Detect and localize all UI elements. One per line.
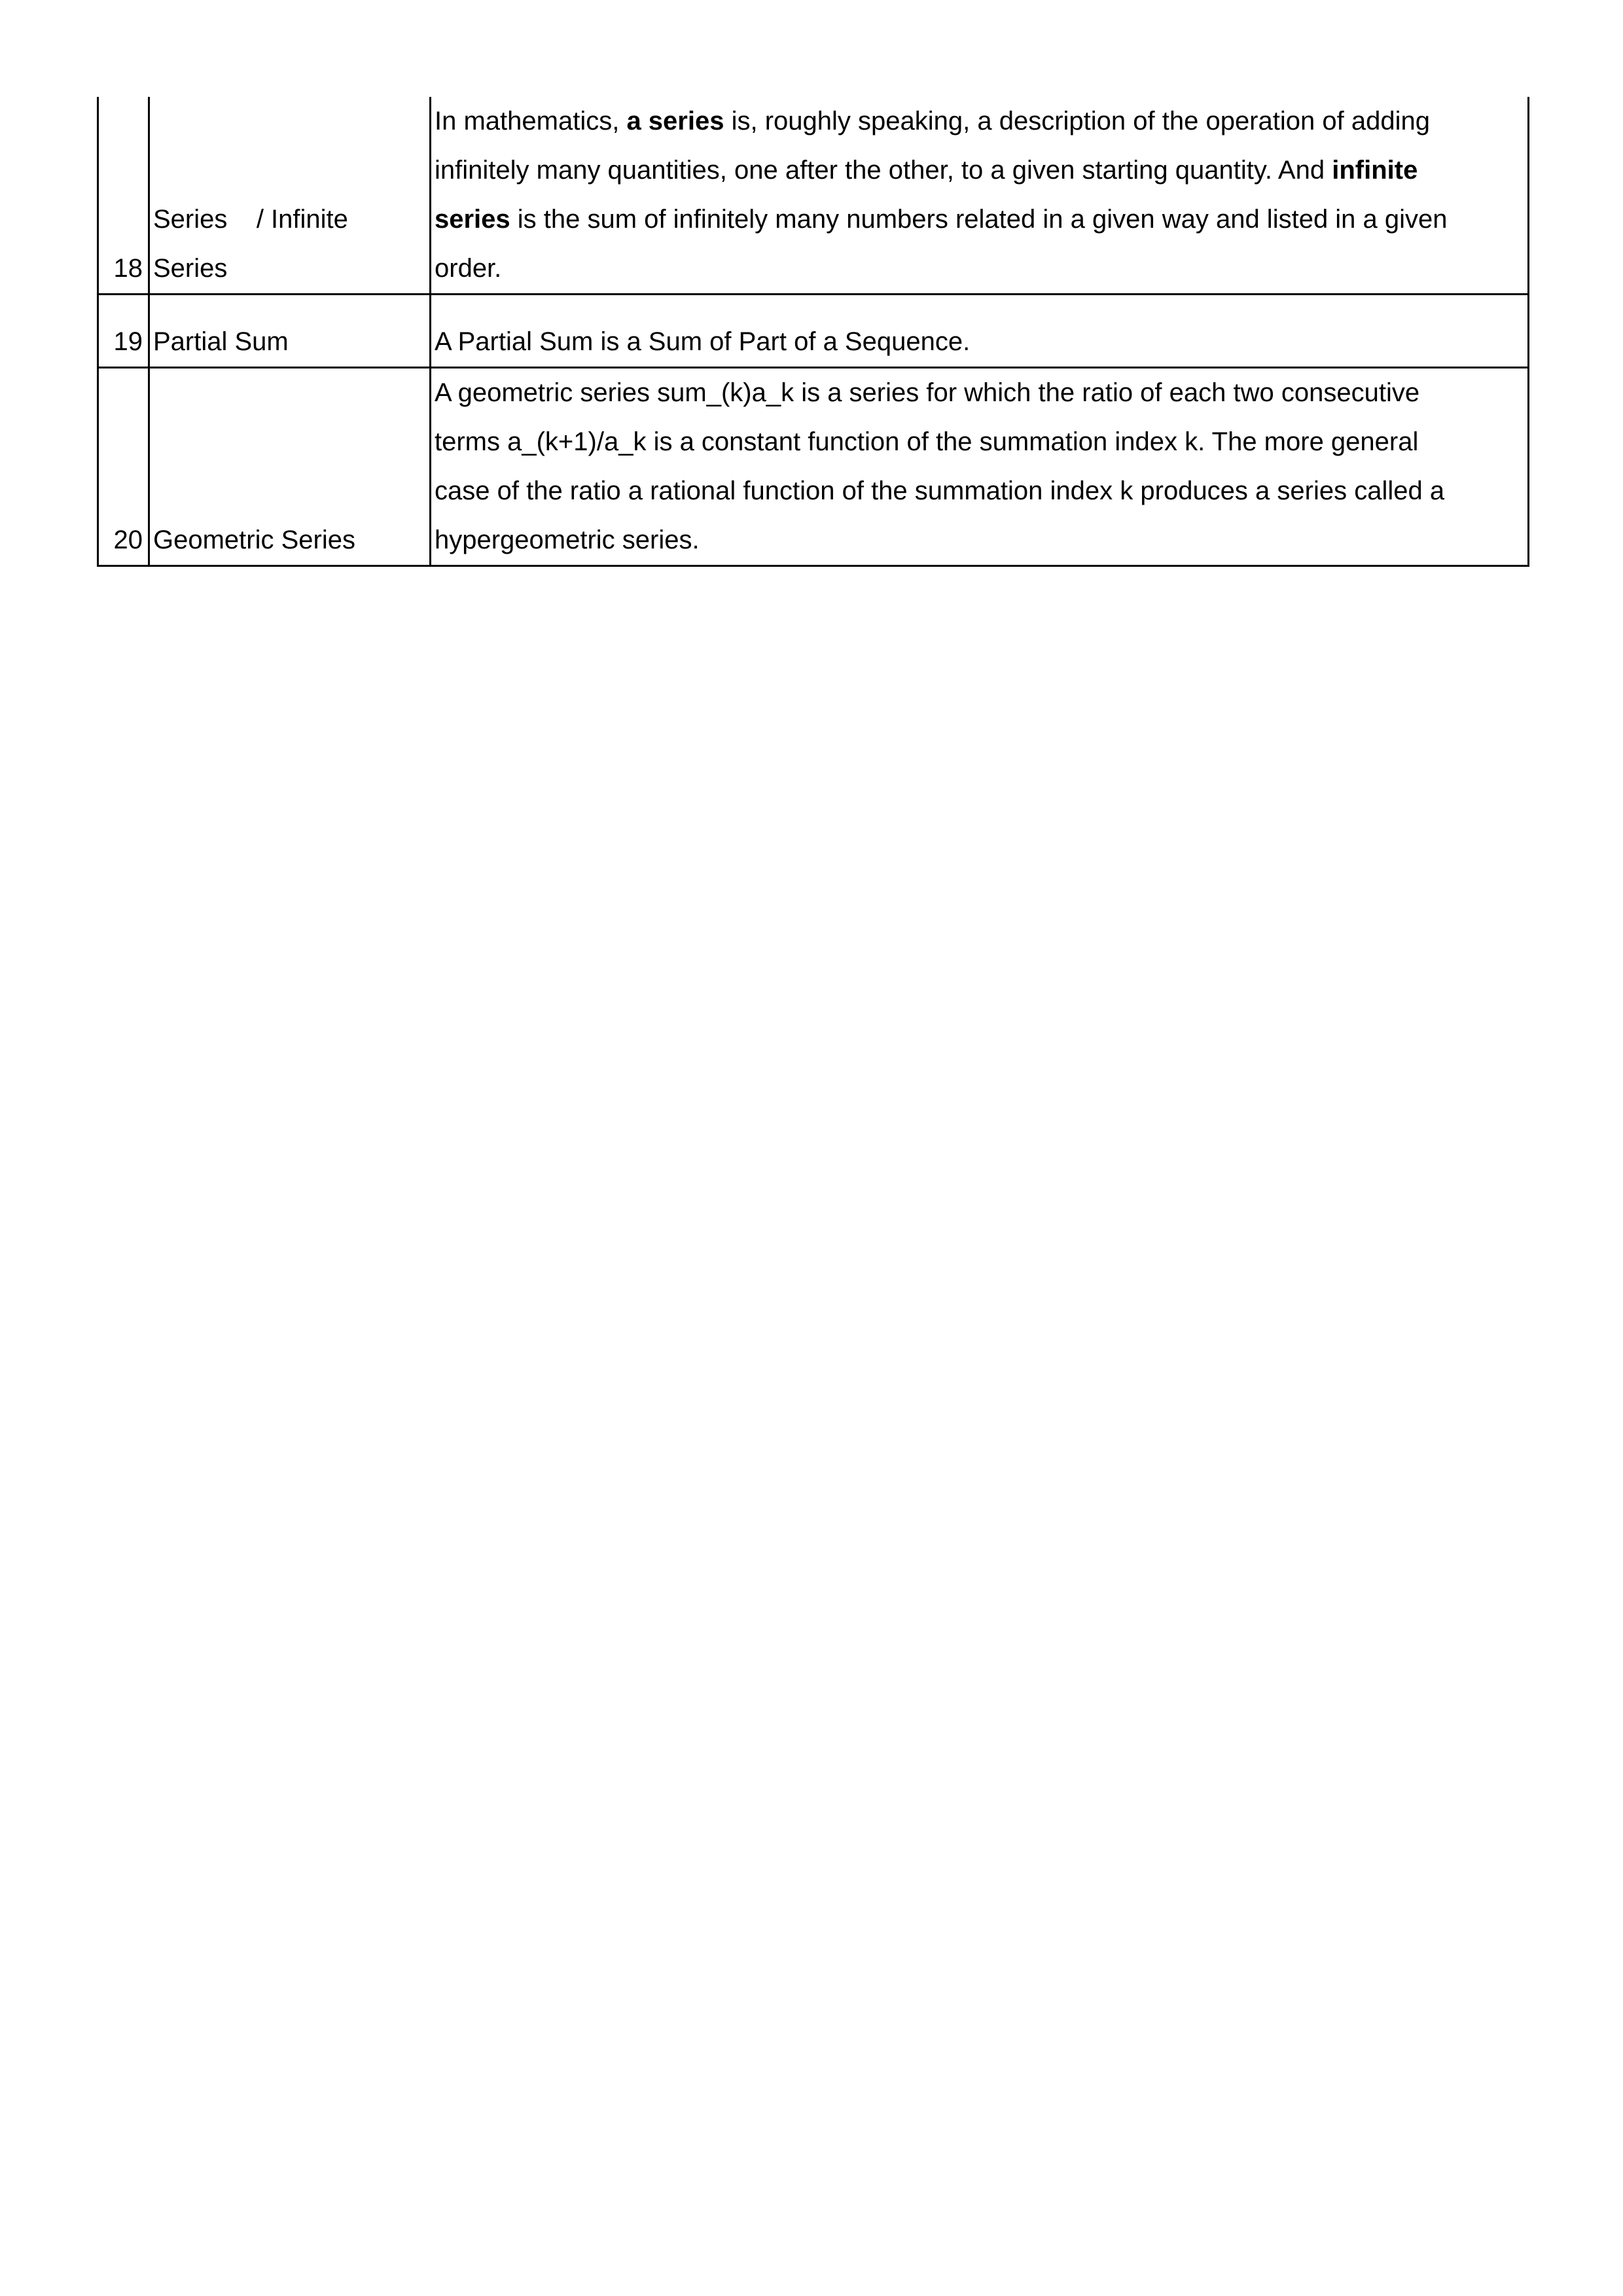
term-cell: Series / Infinite Series [149,97,431,295]
term-text: Partial Sum [153,317,426,367]
definition-line: order. [435,244,1508,293]
definition-text: case of the ratio a rational function of… [435,476,1444,505]
row-number-text: 19 [114,327,143,356]
definition-text: is, roughly speaking, a description of t… [724,107,1429,135]
definition-line: case of the ratio a rational function of… [435,467,1508,516]
table-row: 20 Geometric Series A geometric series s… [98,368,1529,566]
table-row: 19 Partial Sum A Partial Sum is a Sum of… [98,295,1529,368]
definition-line: In mathematics, a series is, roughly spe… [435,97,1508,146]
definition-text: A geometric series sum_(k)a_k is a serie… [435,378,1419,407]
definition-cell: A geometric series sum_(k)a_k is a serie… [431,368,1529,566]
definition-line: A geometric series sum_(k)a_k is a serie… [435,368,1508,418]
row-number: 20 [98,368,149,566]
definition-line: series is the sum of infinitely many num… [435,195,1508,244]
definition-text: In mathematics, [435,107,626,135]
definition-text: is the sum of infinitely many numbers re… [510,205,1448,234]
row-number: 19 [98,295,149,368]
definition-cell: A Partial Sum is a Sum of Part of a Sequ… [431,295,1529,368]
table-row: 18 Series / Infinite Series In mathemati… [98,97,1529,295]
term-cell: Geometric Series [149,368,431,566]
definition-text: infinitely many quantities, one after th… [435,156,1332,185]
term-cell: Partial Sum [149,295,431,368]
definition-text: terms a_(k+1)/a_k is a constant function… [435,427,1418,456]
definition-line: hypergeometric series. [435,516,1508,565]
row-number-text: 20 [114,526,143,554]
glossary-table: 18 Series / Infinite Series In mathemati… [97,97,1529,567]
definition-bold-text: a series [626,107,724,135]
definition-line: infinitely many quantities, one after th… [435,146,1508,195]
definition-cell: In mathematics, a series is, roughly spe… [431,97,1529,295]
definition-text: order. [435,254,501,283]
row-number: 18 [98,97,149,295]
definition-text: hypergeometric series. [435,526,700,554]
row-number-text: 18 [114,254,143,283]
definition-bold-text: infinite [1332,156,1418,185]
definition-text: A Partial Sum is a Sum of Part of a Sequ… [435,327,970,356]
definition-bold-text: series [435,205,510,234]
term-text: Series / Infinite [153,195,426,244]
term-text: Series [153,244,426,293]
document-page: 18 Series / Infinite Series In mathemati… [0,0,1623,2296]
definition-line: terms a_(k+1)/a_k is a constant function… [435,418,1508,467]
definition-line: A Partial Sum is a Sum of Part of a Sequ… [435,317,1508,367]
term-text: Geometric Series [153,516,426,565]
